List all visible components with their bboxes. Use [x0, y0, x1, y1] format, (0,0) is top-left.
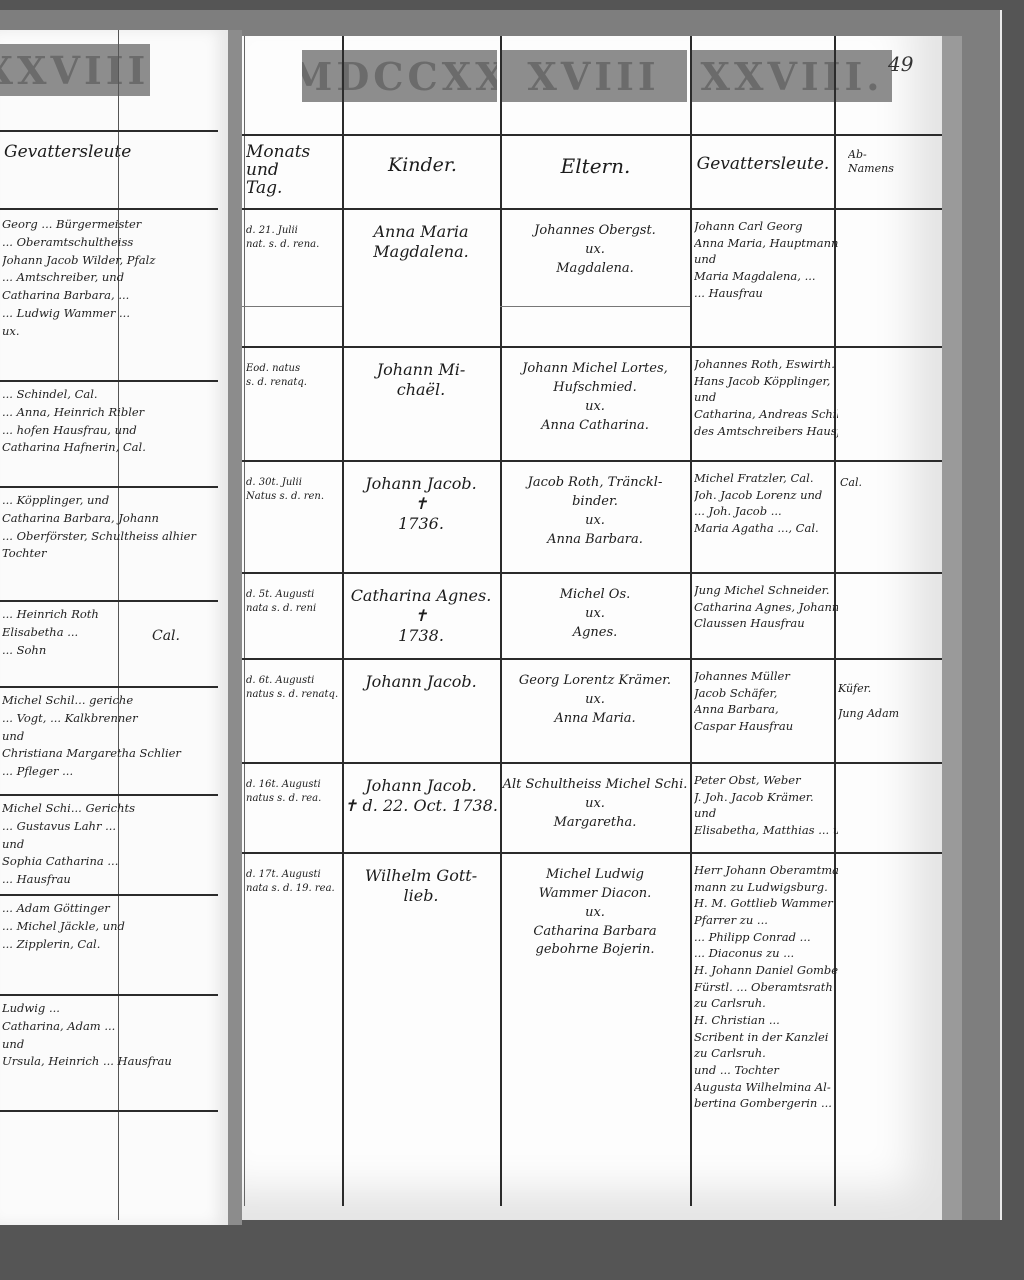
- entry-godparents-line: ... Joh. Jacob ...: [694, 503, 838, 520]
- entry-date: d. 6t. Augustinatus s. d. renatq.: [246, 674, 340, 701]
- entry-parents-line: Agnes.: [502, 624, 688, 643]
- entry-godparents-line: Johann Carl Georg: [694, 218, 838, 235]
- entry-godparents-line: H. M. Gottlieb Wammer: [694, 895, 838, 912]
- entry-date-line: natus s. d. rea.: [246, 792, 340, 806]
- left-page: XXVIII. Gevattersleute Georg ... Bürgerm…: [0, 30, 234, 1225]
- entry-child-name-line: Catharina Agnes.: [344, 586, 498, 606]
- entry-godparents-line: J. Joh. Jacob Krämer.: [694, 789, 838, 806]
- entry-parents: Jacob Roth, Tränckl-binder.ux.Anna Barba…: [502, 474, 688, 549]
- entry-parents-line: ux.: [502, 512, 688, 531]
- entry-godparents: Jung Michel Schneider.Catharina Agnes, J…: [694, 582, 838, 632]
- entry-child-name: Catharina Agnes.✝1738.: [344, 586, 498, 646]
- header-date-line: Monats: [246, 144, 340, 162]
- entry-godparents-line: und: [694, 805, 838, 822]
- entry-child-name: Wilhelm Gott-lieb.: [344, 866, 498, 906]
- entry-godparents-line: Pfarrer zu ...: [694, 912, 838, 929]
- left-entry-godparents-line: Ludwig ...: [2, 1000, 216, 1018]
- entry-godparents-line: zu Carlsruh.: [694, 1045, 838, 1062]
- register-row: Eod. natuss. d. renatq.Johann Mi-chaël.J…: [242, 348, 942, 460]
- left-entry-godparents-line: ... Oberförster, Schultheiss alhier: [2, 528, 216, 546]
- left-column-header: Gevattersleute: [4, 142, 131, 163]
- header-parents: Eltern.: [508, 154, 683, 179]
- entry-parents: Georg Lorentz Krämer.ux.Anna Maria.: [502, 672, 688, 729]
- entry-parents-line: gebohrne Bojerin.: [502, 941, 688, 960]
- entry-child-name-line: ✝: [344, 606, 498, 626]
- entry-parents-line: ux.: [502, 904, 688, 923]
- left-entry-godparents-line: ux.: [2, 323, 216, 341]
- header-date: MonatsundTag.: [246, 144, 340, 198]
- left-entry-godparents-line: Catharina, Adam ...: [2, 1018, 216, 1036]
- left-entry-godparents-line: Catharina Barbara, Johann: [2, 510, 216, 528]
- entry-parents: Alt Schultheiss Michel Schi.ux.Margareth…: [502, 776, 688, 833]
- entry-parents-line: Johann Michel Lortes,: [502, 360, 688, 379]
- entry-parents-line: Anna Catharina.: [502, 417, 688, 436]
- left-entry-godparents: ... Heinrich RothElisabetha ...... Sohn: [2, 606, 216, 659]
- register-row: d. 5t. Augustinata s. d. reniCatharina A…: [242, 574, 942, 658]
- register-row: d. 30t. JuliiNatus s. d. ren.Johann Jaco…: [242, 462, 942, 572]
- entry-date-line: Eod. natus: [246, 362, 340, 376]
- left-entry-godparents-line: Catharina Barbara, ...: [2, 287, 216, 305]
- faint-rule: [242, 306, 342, 307]
- entry-parents-line: binder.: [502, 493, 688, 512]
- entry-godparents-line: zu Carlsruh.: [694, 995, 838, 1012]
- left-entry-godparents-line: ... Hausfrau: [2, 871, 216, 889]
- left-entry-godparents-line: ... Oberamtschultheiss: [2, 234, 216, 252]
- row-rule: [0, 486, 218, 488]
- entry-godparents-line: und: [694, 389, 838, 406]
- entry-parents-line: Alt Schultheiss Michel Schi.: [502, 776, 688, 795]
- entry-child-name: Johann Jacob.✝ d. 22. Oct. 1738.: [344, 776, 498, 816]
- row-rule: [0, 600, 218, 602]
- entry-godparents-line: Elisabetha, Matthias ... ux.: [694, 822, 838, 839]
- entry-godparents-line: Maria Agatha ..., Cal.: [694, 520, 838, 537]
- entry-child-name-line: Johann Jacob.: [344, 672, 498, 692]
- entry-remarks-line: Küfer.: [838, 676, 940, 701]
- header-remarks: Ab-Namens: [848, 148, 938, 177]
- entry-child-name-line: Johann Jacob.: [344, 474, 498, 494]
- register-row: d. 16t. Augustinatus s. d. rea.Johann Ja…: [242, 764, 942, 852]
- entry-godparents-line: Caspar Hausfrau: [694, 718, 838, 735]
- entry-godparents-line: und ... Tochter: [694, 1062, 838, 1079]
- entry-child-name: Johann Jacob.✝1736.: [344, 474, 498, 534]
- entry-parents-line: Catharina Barbara: [502, 923, 688, 942]
- header-rule-top: [242, 134, 942, 136]
- entry-godparents-line: Scribent in der Kanzlei: [694, 1029, 838, 1046]
- entry-godparents-line: Peter Obst, Weber: [694, 772, 838, 789]
- entry-date-line: d. 6t. Augusti: [246, 674, 340, 688]
- left-entry-godparents-line: Michel Schi... Gerichts: [2, 800, 216, 818]
- left-entry-godparents-line: und: [2, 728, 216, 746]
- entry-godparents-line: ... Philipp Conrad ...: [694, 929, 838, 946]
- left-entry-godparents-line: Tochter: [2, 545, 216, 563]
- entry-godparents: Johann Carl GeorgAnna Maria, Hauptmanns …: [694, 218, 838, 301]
- entry-child-name-line: ✝: [344, 494, 498, 514]
- entry-date: d. 17t. Augustinata s. d. 19. rea.: [246, 868, 340, 895]
- row-rule: [0, 380, 218, 382]
- entry-godparents-line: Fürstl. ... Oberamtsrath: [694, 979, 838, 996]
- left-entry-godparents: ... Adam Göttinger... Michel Jäckle, und…: [2, 900, 216, 953]
- entry-remarks: Küfer.Jung Adam: [838, 676, 940, 727]
- left-entry-godparents-line: ... Amtschreiber, und: [2, 269, 216, 287]
- entry-date-line: d. 21. Julii: [246, 224, 340, 238]
- entry-godparents-line: Michel Fratzler, Cal.: [694, 470, 838, 487]
- entry-parents-line: Wammer Diacon.: [502, 885, 688, 904]
- page-edge: [942, 36, 962, 1220]
- row-rule: [0, 994, 218, 996]
- entry-date-line: d. 16t. Augusti: [246, 778, 340, 792]
- entry-godparents: Herr Johann Oberamtmann Kauf-mann zu Lud…: [694, 862, 838, 1112]
- header-rule-top: [0, 130, 218, 132]
- left-entry-godparents: Michel Schi... Gerichts... Gustavus Lahr…: [2, 800, 216, 889]
- entry-parents-line: ux.: [502, 795, 688, 814]
- left-entry-godparents-line: Catharina Hafnerin, Cal.: [2, 439, 216, 457]
- left-entry-godparents-line: ... Zipplerin, Cal.: [2, 936, 216, 954]
- right-page: MDCCXXXVIIIXXVIII.MonatsundTag.Kinder.El…: [242, 36, 942, 1220]
- entry-child-name-line: Anna Maria: [344, 222, 498, 242]
- entry-remarks-line: Jung Adam: [838, 701, 940, 726]
- entry-godparents-line: Anna Maria, Hauptmanns ux.: [694, 235, 838, 252]
- entry-godparents: Johannes MüllerJacob Schäfer,Anna Barbar…: [694, 668, 838, 735]
- entry-parents-line: Anna Barbara.: [502, 531, 688, 550]
- entry-parents-line: ux.: [502, 241, 688, 260]
- entry-godparents-line: Catharina Agnes, Johannes: [694, 599, 838, 616]
- left-entry-godparents-line: Ursula, Heinrich ... Hausfrau: [2, 1053, 216, 1071]
- entry-date: d. 16t. Augustinatus s. d. rea.: [246, 778, 340, 805]
- entry-godparents-line: bertina Gombergerin ...: [694, 1095, 838, 1112]
- entry-parents-line: Michel Os.: [502, 586, 688, 605]
- entry-godparents-line: Herr Johann Oberamtmann Kauf-: [694, 862, 838, 879]
- left-entry-godparents: ... Schindel, Cal.... Anna, Heinrich Rib…: [2, 386, 216, 457]
- entry-child-name-line: 1736.: [344, 514, 498, 534]
- row-rule: [0, 686, 218, 688]
- entry-godparents-line: Johannes Roth, Eswirth.: [694, 356, 838, 373]
- left-entry-godparents-line: ... Ludwig Wammer ...: [2, 305, 216, 323]
- left-entry-godparents-line: Elisabetha ...: [2, 624, 216, 642]
- entry-parents: Michel Os.ux.Agnes.: [502, 586, 688, 643]
- entry-godparents-line: Catharina, Andreas Schilbert: [694, 406, 838, 423]
- entry-godparents-line: ... Diaconus zu ...: [694, 945, 838, 962]
- entry-parents-line: Anna Maria.: [502, 710, 688, 729]
- entry-parents-line: Margaretha.: [502, 814, 688, 833]
- entry-godparents-line: Maria Magdalena, ...: [694, 268, 838, 285]
- entry-remarks: Cal.: [840, 476, 940, 490]
- entry-godparents-line: des Amtschreibers Hausfrau: [694, 423, 838, 440]
- left-entry-godparents-line: ... Adam Göttinger: [2, 900, 216, 918]
- entry-parents: Johann Michel Lortes,Hufschmied.ux.Anna …: [502, 360, 688, 435]
- banner-segment: XVIII: [500, 50, 687, 102]
- entry-parents-line: Hufschmied.: [502, 379, 688, 398]
- left-entry-godparents-line: ... Schindel, Cal.: [2, 386, 216, 404]
- entry-godparents: Johannes Roth, Eswirth.Hans Jacob Köppli…: [694, 356, 838, 439]
- left-entry-godparents: ... Köpplinger, undCatharina Barbara, Jo…: [2, 492, 216, 563]
- header-children: Kinder.: [350, 154, 495, 178]
- entry-godparents-line: Claussen Hausfrau: [694, 615, 838, 632]
- entry-date-line: Natus s. d. ren.: [246, 490, 340, 504]
- entry-parents-line: ux.: [502, 691, 688, 710]
- entry-child-name-line: Johann Mi-: [344, 360, 498, 380]
- header-godparents: Gevattersleute.: [694, 154, 832, 175]
- entry-child-name-line: Wilhelm Gott-: [344, 866, 498, 886]
- entry-child-name: Anna MariaMagdalena.: [344, 222, 498, 262]
- entry-godparents-line: Johannes Müller: [694, 668, 838, 685]
- left-page-banner: XXVIII.: [0, 44, 150, 96]
- register-row: d. 6t. Augustinatus s. d. renatq.Johann …: [242, 660, 942, 762]
- faint-rule: [500, 306, 690, 307]
- register-row: d. 21. Juliinat. s. d. rena.Anna MariaMa…: [242, 210, 942, 346]
- left-entry-godparents-line: ... Köpplinger, und: [2, 492, 216, 510]
- entry-parents-line: ux.: [502, 605, 688, 624]
- entry-parents-line: ux.: [502, 398, 688, 417]
- row-rule: [0, 1110, 218, 1112]
- header-date-line: Tag.: [246, 180, 340, 198]
- entry-date: d. 30t. JuliiNatus s. d. ren.: [246, 476, 340, 503]
- header-date-line: und: [246, 162, 340, 180]
- entry-parents-line: Jacob Roth, Tränckl-: [502, 474, 688, 493]
- left-entry-godparents-line: ... Pfleger ...: [2, 763, 216, 781]
- entry-godparents-line: Hans Jacob Köpplinger,: [694, 373, 838, 390]
- register-row: d. 17t. Augustinata s. d. 19. rea.Wilhel…: [242, 854, 942, 1206]
- left-entry-godparents-line: Christiana Margaretha Schlier: [2, 745, 216, 763]
- entry-godparents-line: mann zu Ludwigsburg.: [694, 879, 838, 896]
- entry-child-name: Johann Jacob.: [344, 672, 498, 692]
- entry-godparents-line: ... Hausfrau: [694, 285, 838, 302]
- page-number: 49: [888, 52, 913, 76]
- entry-godparents-line: und: [694, 251, 838, 268]
- entry-child-name-line: chaël.: [344, 380, 498, 400]
- entry-parents-line: Georg Lorentz Krämer.: [502, 672, 688, 691]
- book-gutter: [228, 30, 242, 1225]
- entry-godparents: Peter Obst, WeberJ. Joh. Jacob Krämer.un…: [694, 772, 838, 839]
- left-entry-godparents: Georg ... Bürgermeister... Oberamtschult…: [2, 216, 216, 341]
- banner-segment: XXVIII.: [692, 50, 892, 102]
- left-entry-godparents-line: Georg ... Bürgermeister: [2, 216, 216, 234]
- entry-child-name-line: Johann Jacob.: [344, 776, 498, 796]
- entry-date-line: nata s. d. reni: [246, 602, 340, 616]
- left-entry-godparents: Michel Schil... geriche... Vogt, ... Kal…: [2, 692, 216, 781]
- entry-godparents-line: Augusta Wilhelmina Al-: [694, 1079, 838, 1096]
- entry-date-line: d. 5t. Augusti: [246, 588, 340, 602]
- entry-parents: Michel LudwigWammer Diacon.ux.Catharina …: [502, 866, 688, 960]
- left-entry-godparents-line: Johann Jacob Wilder, Pfalz: [2, 252, 216, 270]
- bracket-note: Cal.: [152, 626, 180, 648]
- entry-date-line: d. 30t. Julii: [246, 476, 340, 490]
- entry-date-line: d. 17t. Augusti: [246, 868, 340, 882]
- entry-date-line: nata s. d. 19. rea.: [246, 882, 340, 896]
- left-entry-godparents-line: ... Anna, Heinrich Ribler: [2, 404, 216, 422]
- banner-segment: MDCCXX: [302, 50, 497, 102]
- entry-parents-line: Johannes Obergst.: [502, 222, 688, 241]
- entry-godparents: Michel Fratzler, Cal.Joh. Jacob Lorenz u…: [694, 470, 838, 537]
- left-entry-godparents-line: Michel Schil... geriche: [2, 692, 216, 710]
- entry-parents-line: Magdalena.: [502, 260, 688, 279]
- entry-child-name: Johann Mi-chaël.: [344, 360, 498, 400]
- left-entry-godparents-line: Sophia Catharina ...: [2, 853, 216, 871]
- entry-date-line: s. d. renatq.: [246, 376, 340, 390]
- row-rule: [0, 894, 218, 896]
- left-entry-godparents: Ludwig ...Catharina, Adam ...undUrsula, …: [2, 1000, 216, 1071]
- row-rule: [0, 794, 218, 796]
- entry-child-name-line: ✝ d. 22. Oct. 1738.: [344, 796, 498, 816]
- header-remarks-line: Ab-: [848, 148, 938, 162]
- entry-date-line: nat. s. d. rena.: [246, 238, 340, 252]
- entry-date: d. 21. Juliinat. s. d. rena.: [246, 224, 340, 251]
- left-entry-godparents-line: ... Gustavus Lahr ...: [2, 818, 216, 836]
- entry-godparents-line: H. Johann Daniel Gomberger: [694, 962, 838, 979]
- left-entry-godparents-line: ... Michel Jäckle, und: [2, 918, 216, 936]
- header-rule-bottom: [0, 208, 218, 210]
- entry-godparents-line: Joh. Jacob Lorenz und: [694, 487, 838, 504]
- left-entry-godparents-line: ... Sohn: [2, 642, 216, 660]
- entry-date-line: natus s. d. renatq.: [246, 688, 340, 702]
- entry-child-name-line: 1738.: [344, 626, 498, 646]
- left-entry-godparents-line: und: [2, 1036, 216, 1054]
- left-entry-godparents-line: ... Vogt, ... Kalkbrenner: [2, 710, 216, 728]
- entry-date: Eod. natuss. d. renatq.: [246, 362, 340, 389]
- entry-date: d. 5t. Augustinata s. d. reni: [246, 588, 340, 615]
- entry-godparents-line: H. Christian ...: [694, 1012, 838, 1029]
- entry-child-name-line: Magdalena.: [344, 242, 498, 262]
- left-entry-godparents-line: ... Heinrich Roth: [2, 606, 216, 624]
- entry-child-name-line: lieb.: [344, 886, 498, 906]
- left-entry-godparents-line: und: [2, 836, 216, 854]
- entry-godparents-line: Jung Michel Schneider.: [694, 582, 838, 599]
- entry-parents: Johannes Obergst.ux.Magdalena.: [502, 222, 688, 279]
- left-entry-godparents-line: ... hofen Hausfrau, und: [2, 422, 216, 440]
- header-remarks-line: Namens: [848, 162, 938, 176]
- entry-parents-line: Michel Ludwig: [502, 866, 688, 885]
- entry-godparents-line: Jacob Schäfer,: [694, 685, 838, 702]
- entry-godparents-line: Anna Barbara,: [694, 701, 838, 718]
